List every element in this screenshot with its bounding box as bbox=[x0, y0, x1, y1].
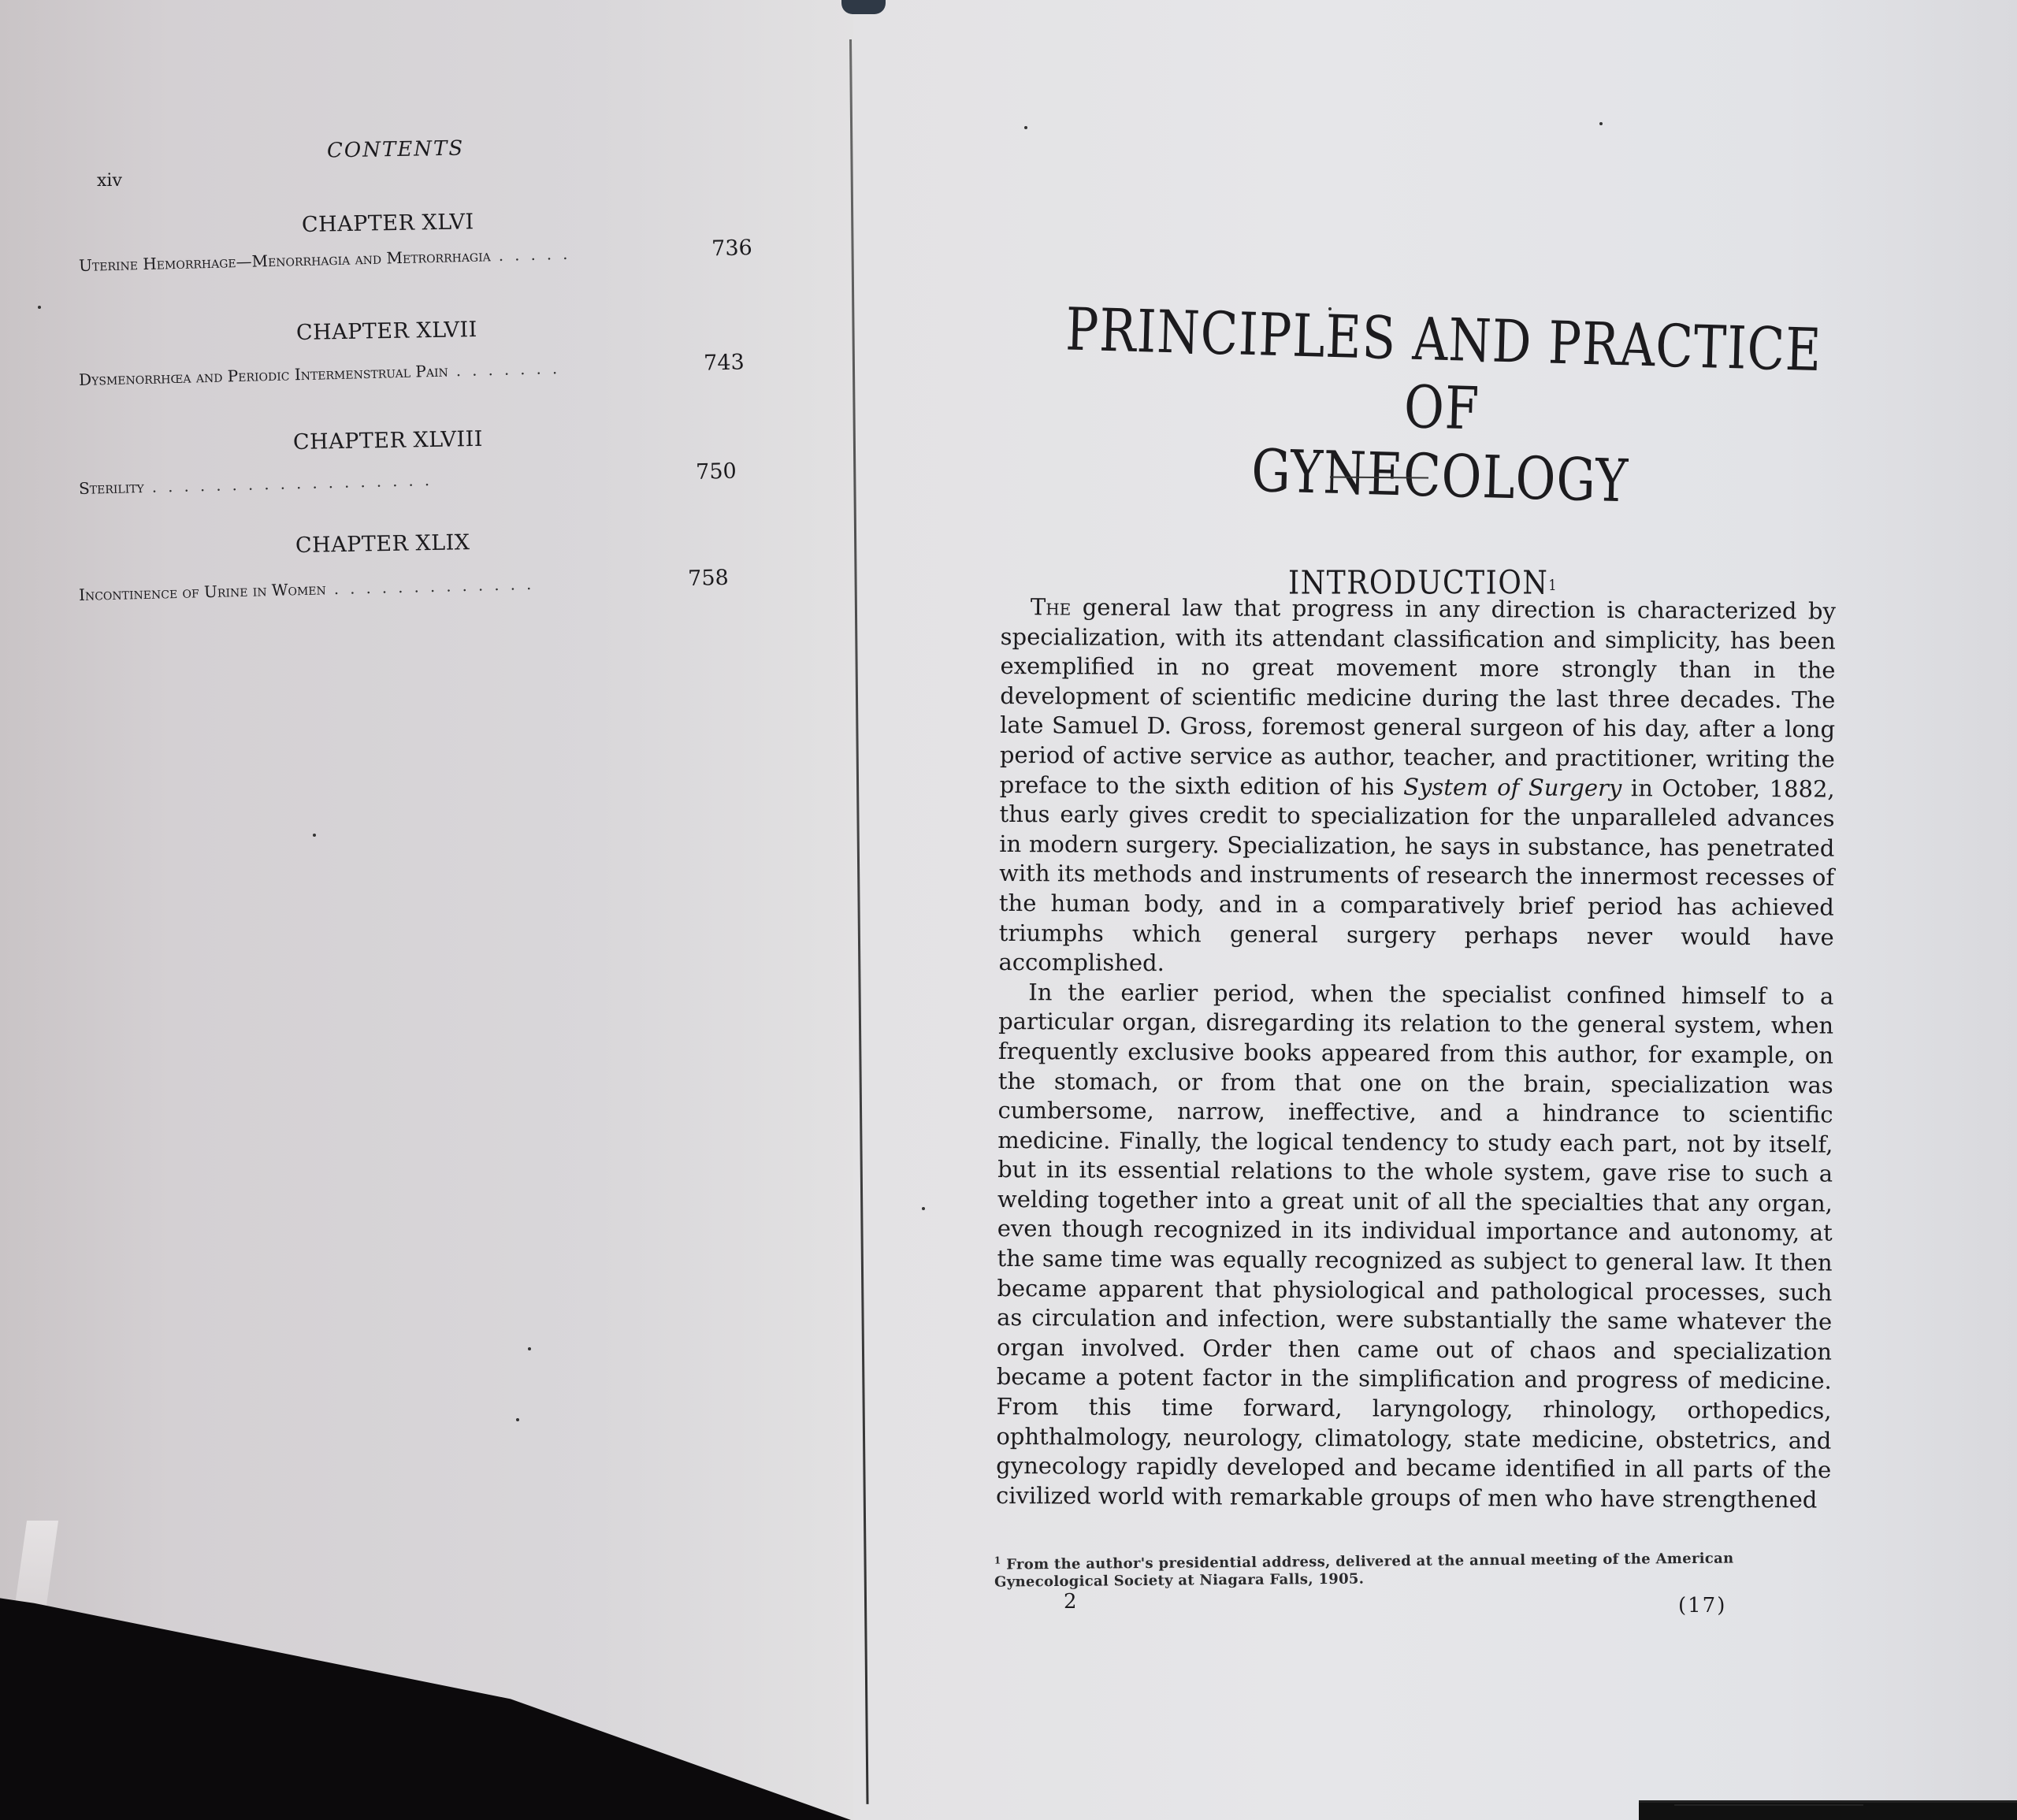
toc-entry[interactable]: Sterility .................. 750 bbox=[79, 459, 737, 500]
leader-dots: .................. bbox=[143, 464, 696, 496]
paper-speck bbox=[1599, 122, 1603, 125]
toc-chapter-heading: CHAPTER XLVI bbox=[302, 210, 474, 237]
paragraph-text: in October, 1882, thus early gives credi… bbox=[998, 774, 1834, 977]
body-text: The general law that progress in any dir… bbox=[996, 592, 1836, 1515]
paragraph: In the earlier period, when the speciali… bbox=[996, 978, 1834, 1515]
toc-entry-title: Dysmenorrhœa and Periodic Intermenstrual… bbox=[79, 362, 448, 389]
running-head-contents: CONTENTS bbox=[327, 136, 465, 162]
footnote-ref[interactable]: 1 bbox=[1548, 577, 1558, 594]
toc-chapter-heading: CHAPTER XLIX bbox=[295, 530, 470, 558]
toc-entry-page: 758 bbox=[688, 566, 729, 591]
toc-chapter-heading: CHAPTER XLVIII bbox=[293, 427, 483, 455]
book-citation: System of Surgery bbox=[1403, 773, 1621, 800]
toc-entry-page: 736 bbox=[711, 236, 752, 261]
paper-speck bbox=[38, 306, 41, 309]
toc-entry-page: 743 bbox=[704, 350, 745, 375]
paper-speck bbox=[922, 1207, 925, 1210]
right-page-number: (17) bbox=[1678, 1594, 1726, 1618]
toc-entry-title: Incontinence of Urine in Women bbox=[79, 579, 326, 604]
toc-entry[interactable]: Incontinence of Urine in Women .........… bbox=[79, 566, 730, 606]
paper-speck bbox=[313, 834, 316, 837]
toc-chapter-heading: CHAPTER XLVII bbox=[296, 318, 477, 345]
signature-mark: 2 bbox=[1064, 1590, 1077, 1614]
leader-dots: ............. bbox=[325, 570, 688, 598]
paragraph-lead: The bbox=[1031, 593, 1072, 620]
paper-speck bbox=[516, 1418, 519, 1421]
book-title-line-1: PRINCIPLES AND PRACTICE OF bbox=[1055, 295, 1830, 453]
paragraph: The general law that progress in any dir… bbox=[998, 592, 1836, 982]
left-page-number: xiv bbox=[97, 171, 122, 191]
paragraph-text: general law that progress in any directi… bbox=[1000, 593, 1836, 800]
binding-clip bbox=[841, 0, 886, 14]
book-title: PRINCIPLES AND PRACTICE OF GYNECOLOGY bbox=[1053, 295, 1831, 521]
footnote-marker: 1 bbox=[994, 1555, 1001, 1566]
open-book-spread: xiv CONTENTS CHAPTER XLVI Uterine Hemorr… bbox=[0, 0, 2017, 1820]
footnote: 1 From the author's presidential address… bbox=[994, 1544, 1837, 1591]
leader-dots: ..... bbox=[490, 240, 711, 265]
toc-entry-page: 750 bbox=[696, 459, 737, 485]
toc-entry[interactable]: Dysmenorrhœa and Periodic Intermenstrual… bbox=[79, 350, 745, 391]
toc-entry-title: Sterility bbox=[79, 477, 144, 498]
paper-speck bbox=[1328, 307, 1332, 310]
leader-dots: ....... bbox=[448, 355, 704, 381]
toc-entry-title: Uterine Hemorrhage—Menorrhagia and Metro… bbox=[79, 246, 491, 275]
left-page-contents: xiv CONTENTS CHAPTER XLVI Uterine Hemorr… bbox=[0, 0, 855, 1820]
paper-speck bbox=[1024, 126, 1027, 129]
background-shadow bbox=[1639, 1800, 2017, 1820]
toc-entry[interactable]: Uterine Hemorrhage—Menorrhagia and Metro… bbox=[79, 236, 753, 277]
paper-speck bbox=[528, 1347, 531, 1350]
footnote-text: From the author's presidential address, … bbox=[994, 1550, 1733, 1590]
page-edge-rule bbox=[1674, 1804, 1863, 1806]
